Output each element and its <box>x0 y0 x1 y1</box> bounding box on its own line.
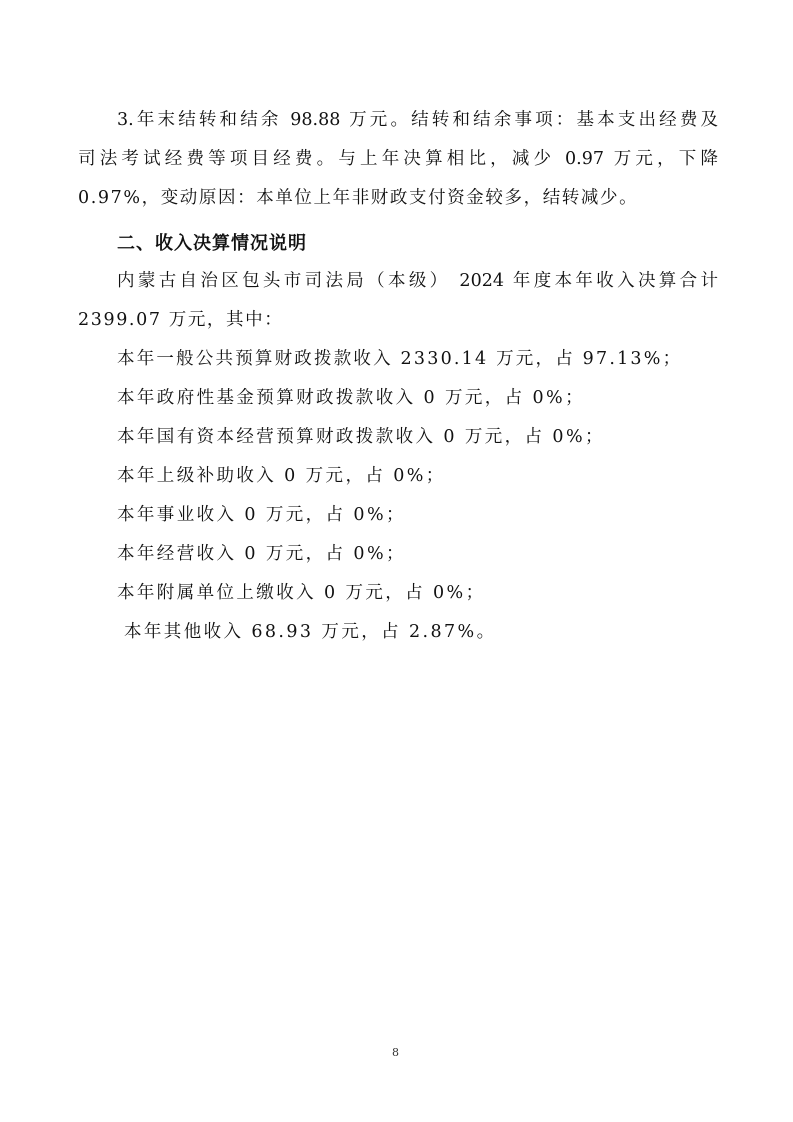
income-item: 本年政府性基金预算财政拨款收入 0 万元，占 0%； <box>117 387 585 409</box>
income-item: 本年国有资本经营预算财政拨款收入 0 万元，占 0%； <box>117 426 605 448</box>
paragraph-line: 司法考试经费等项目经费。与上年决算相比，减少 0.97 万元，下降 <box>78 148 718 170</box>
income-item: 本年上级补助收入 0 万元，占 0%； <box>117 465 446 487</box>
income-item: 本年一般公共预算财政拨款收入 2330.14 万元，占 97.13%； <box>117 348 682 370</box>
income-item: 本年事业收入 0 万元，占 0%； <box>117 504 406 526</box>
income-item: 本年附属单位上缴收入 0 万元，占 0%； <box>117 582 485 604</box>
income-item: 本年其他收入 68.93 万元，占 2.87%。 <box>124 621 496 643</box>
page-number: 8 <box>392 1046 399 1059</box>
paragraph-line: 3.年末结转和结余 98.88 万元。结转和结余事项：基本支出经费及 <box>117 109 718 131</box>
intro-line: 内蒙古自治区包头市司法局（本级） 2024 年度本年收入决算合计 <box>117 270 718 292</box>
income-item: 本年经营收入 0 万元，占 0%； <box>117 543 406 565</box>
paragraph-line: 0.97%，变动原因：本单位上年非财政支付资金较多，结转减少。 <box>78 187 638 209</box>
section-heading: 二、收入决算情况说明 <box>117 229 307 255</box>
intro-line: 2399.07 万元，其中： <box>78 309 283 331</box>
